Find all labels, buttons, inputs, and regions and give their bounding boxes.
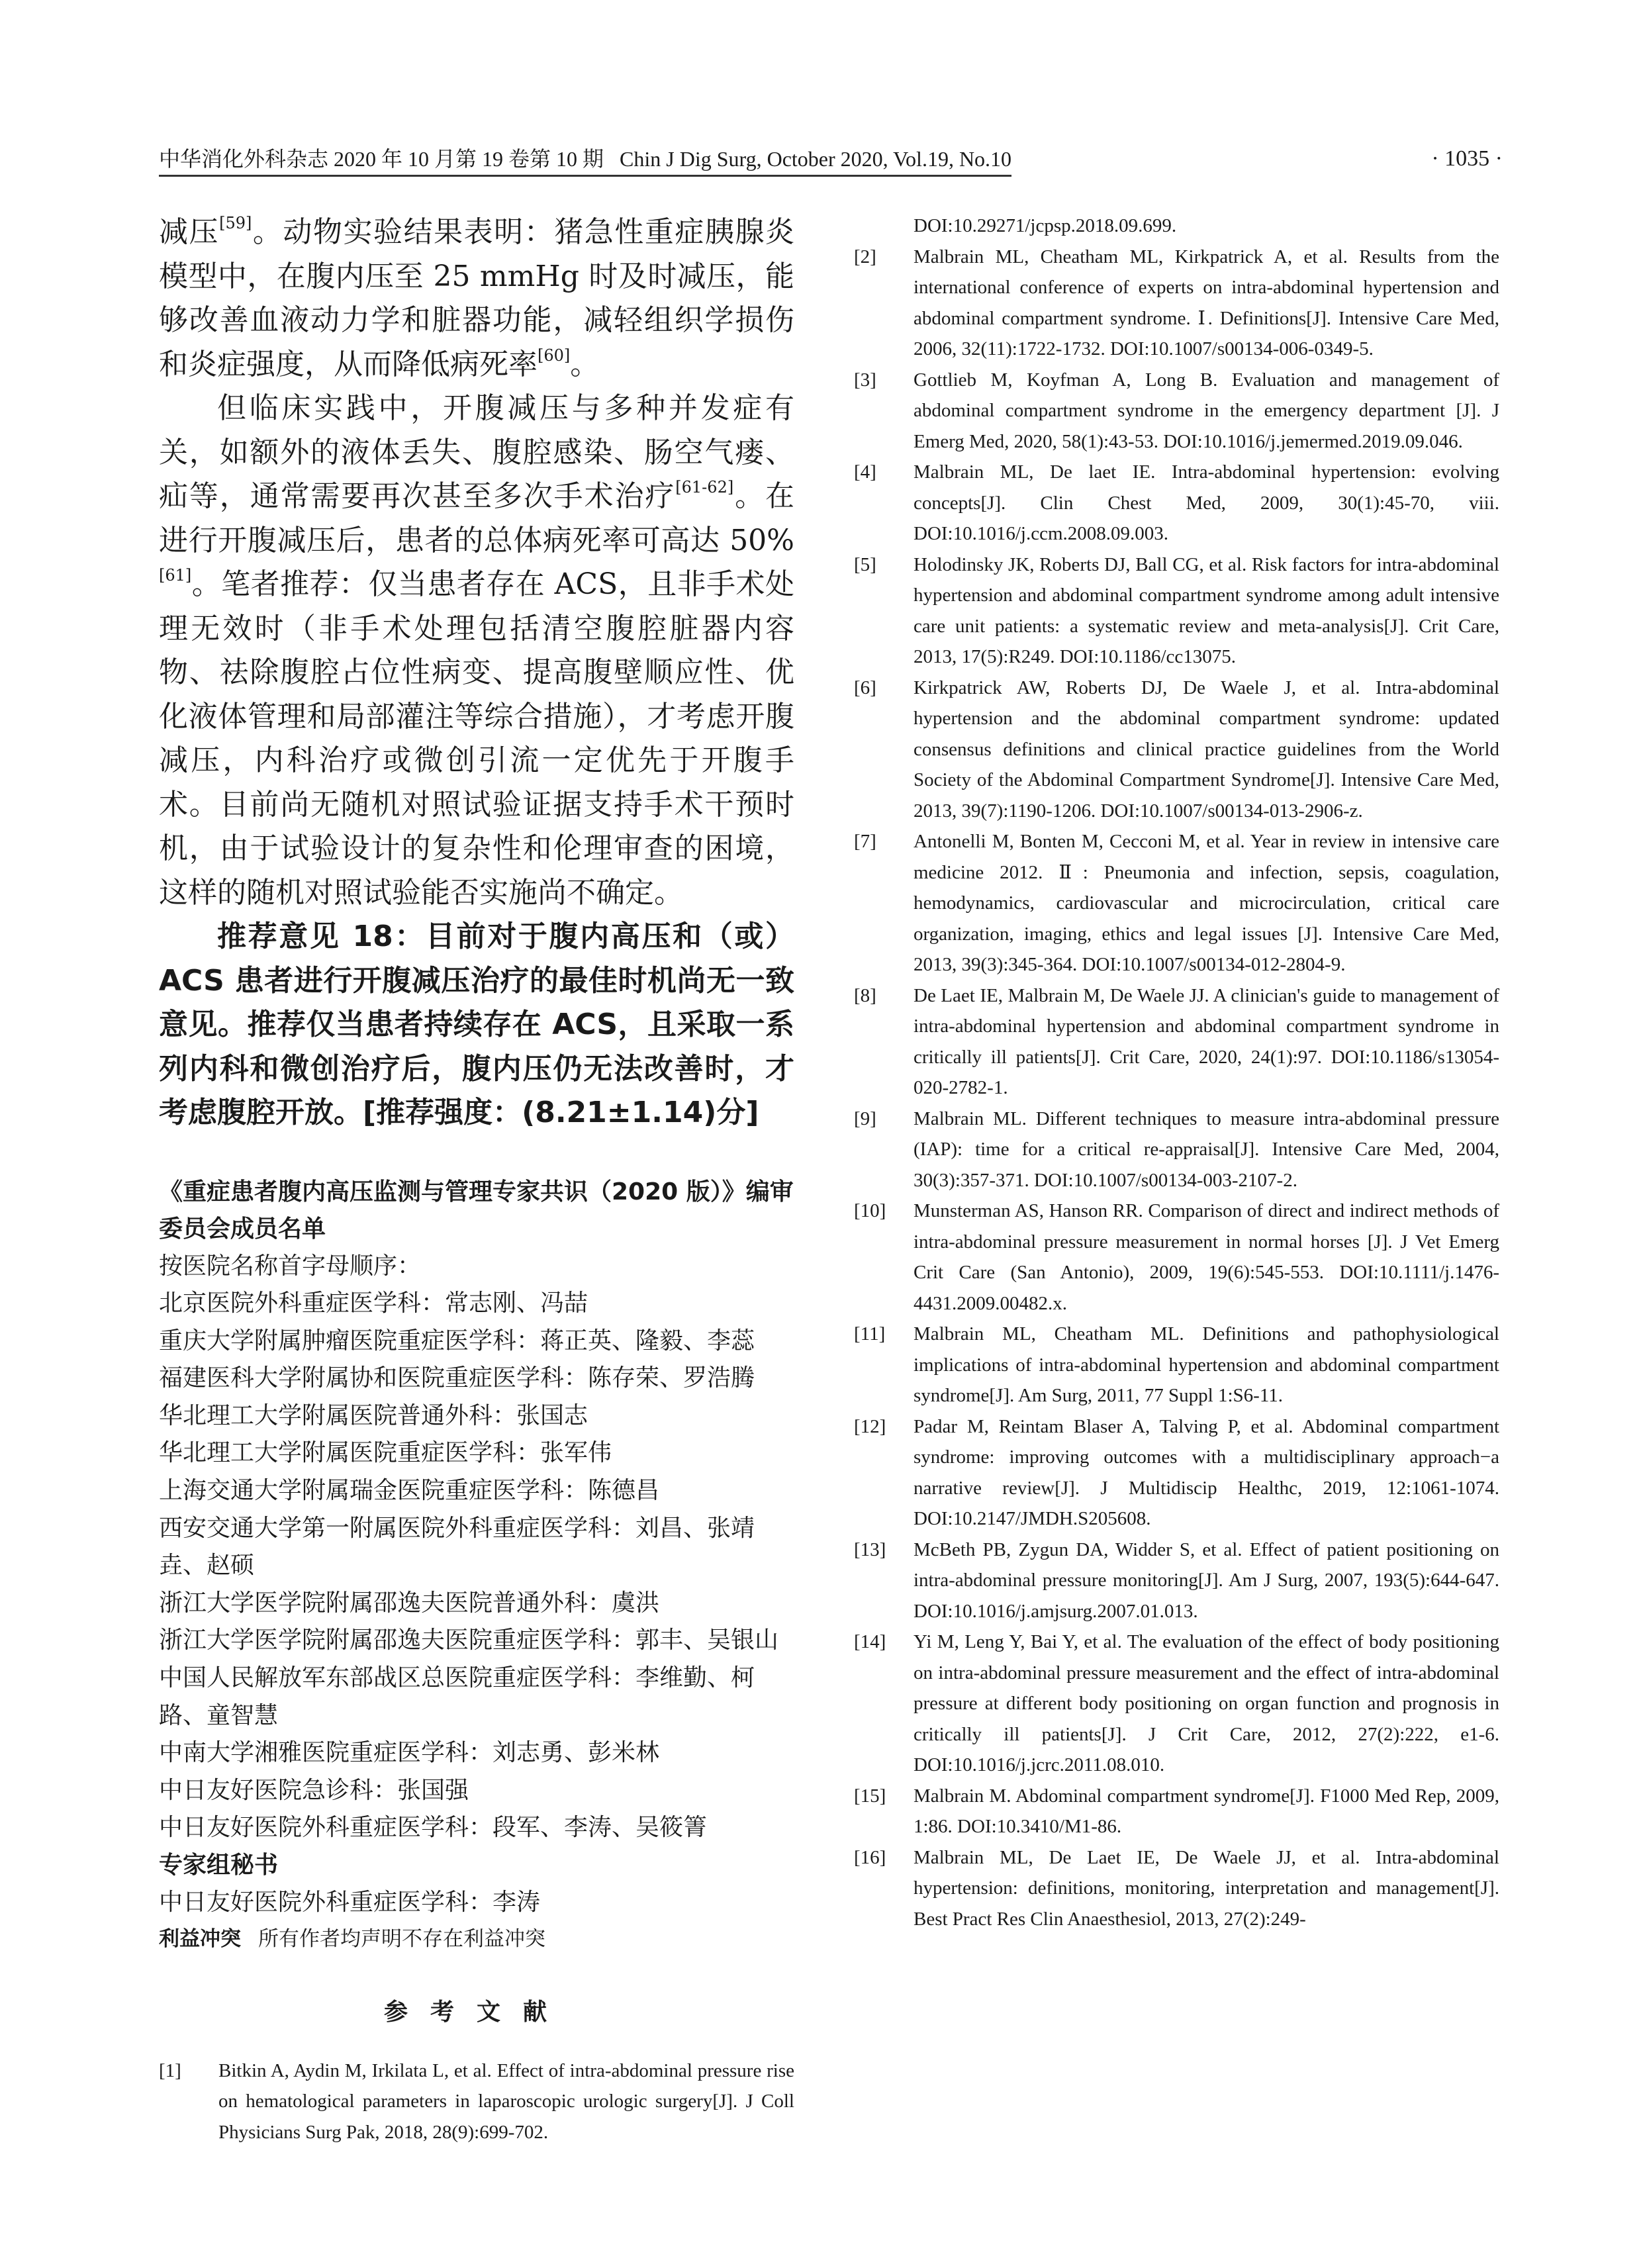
reference-list: [2]Malbrain ML, Cheatham ML, Kirkpatrick…	[854, 242, 1499, 1935]
text-run: 减压	[159, 215, 219, 249]
reference-text: Yi M, Leng Y, Bai Y, et al. The evaluati…	[914, 1631, 1499, 1775]
reference-number: [3]	[854, 365, 910, 396]
reference-text: Munsterman AS, Hanson RR. Comparison of …	[914, 1200, 1499, 1314]
reference-number: [13]	[854, 1535, 910, 1566]
reference-text: Malbrain ML. Different techniques to mea…	[914, 1108, 1499, 1191]
reference-item: [12]Padar M, Reintam Blaser A, Talving P…	[854, 1411, 1499, 1535]
committee-member: 重庆大学附属肿瘤医院重症医学科：蒋正英、隆毅、李蕊	[159, 1323, 794, 1360]
reference-item: [7]Antonelli M, Bonten M, Cecconi M, et …	[854, 826, 1499, 980]
committee-title: 《重症患者腹内高压监测与管理专家共识（2020 版）》编审委员会成员名单	[159, 1174, 794, 1248]
text-run: 。动物实验结果表明：猪急性重症胰腺炎模型中，在腹内压至 25 mmHg 时及时减…	[159, 215, 794, 381]
page-number: · 1035 ·	[1431, 144, 1503, 173]
reference-number: [12]	[854, 1411, 910, 1442]
citation-link[interactable]: [59]	[219, 214, 252, 232]
text-run: 。	[570, 348, 599, 381]
committee-order-note: 按医院名称首字母顺序：	[159, 1248, 794, 1286]
committee-member: 中南大学湘雅医院重症医学科：刘志勇、彭米林	[159, 1734, 794, 1772]
left-column: 减压[59]。动物实验结果表明：猪急性重症胰腺炎模型中，在腹内压至 25 mmH…	[159, 211, 794, 2148]
reference-item: [1]Bitkin A, Aydin M, Irkilata L, et al.…	[159, 2055, 794, 2148]
committee-member: 北京医院外科重症医学科：常志刚、冯喆	[159, 1285, 794, 1323]
reference-item: [11]Malbrain ML, Cheatham ML. Definition…	[854, 1319, 1499, 1411]
journal-name-cn: 中华消化外科杂志 2020 年 10 月第 19 卷第 10 期	[159, 147, 604, 171]
committee-member: 华北理工大学附属医院重症医学科：张军伟	[159, 1435, 794, 1472]
reference-item: [8]De Laet IE, Malbrain M, De Waele JJ. …	[854, 980, 1499, 1104]
reference-number: [14]	[854, 1627, 910, 1658]
reference-text: Malbrain ML, Cheatham ML. Definitions an…	[914, 1323, 1499, 1406]
body-paragraph-1: 减压[59]。动物实验结果表明：猪急性重症胰腺炎模型中，在腹内压至 25 mmH…	[159, 211, 794, 387]
reference-text: Gottlieb M, Koyfman A, Long B. Evaluatio…	[914, 369, 1499, 452]
reference-text: De Laet IE, Malbrain M, De Waele JJ. A c…	[914, 985, 1499, 1099]
reference-number: [4]	[854, 457, 910, 488]
reference-text: Malbrain ML, De Laet IE, De Waele JJ, et…	[914, 1847, 1499, 1930]
reference-item: [10]Munsterman AS, Hanson RR. Comparison…	[854, 1196, 1499, 1319]
reference-number: [15]	[854, 1781, 910, 1812]
reference-item: [2]Malbrain ML, Cheatham ML, Kirkpatrick…	[854, 242, 1499, 365]
reference-item: [15]Malbrain M. Abdominal compartment sy…	[854, 1781, 1499, 1842]
reference-number: [10]	[854, 1196, 910, 1227]
reference-item: [13]McBeth PB, Zygun DA, Widder S, et al…	[854, 1535, 1499, 1627]
reference-text: Kirkpatrick AW, Roberts DJ, De Waele J, …	[914, 677, 1499, 822]
journal-citation-line: 中华消化外科杂志 2020 年 10 月第 19 卷第 10 期 Chin J …	[159, 144, 1011, 177]
running-header: 中华消化外科杂志 2020 年 10 月第 19 卷第 10 期 Chin J …	[159, 144, 1503, 177]
reference-text: Malbrain M. Abdominal compartment syndro…	[914, 1785, 1499, 1838]
reference-continuation: DOI:10.29271/jcpsp.2018.09.699.	[854, 211, 1499, 242]
reference-number: [16]	[854, 1842, 910, 1873]
committee-member: 中日友好医院急诊科：张国强	[159, 1772, 794, 1810]
committee-member: 福建医科大学附属协和医院重症医学科：陈存荣、罗浩腾	[159, 1360, 794, 1397]
committee-member: 中国人民解放军东部战区总医院重症医学科：李维勤、柯路、童智慧	[159, 1660, 794, 1734]
reference-number: [7]	[854, 826, 910, 857]
reference-item: [6]Kirkpatrick AW, Roberts DJ, De Waele …	[854, 673, 1499, 827]
reference-number: [9]	[854, 1104, 910, 1135]
reference-number: [1]	[159, 2055, 214, 2087]
committee-member: 浙江大学医学院附属邵逸夫医院普通外科：虞洪	[159, 1585, 794, 1623]
reference-number: [8]	[854, 980, 910, 1012]
reference-item: [14]Yi M, Leng Y, Bai Y, et al. The eval…	[854, 1627, 1499, 1781]
citation-link[interactable]: [60]	[538, 346, 570, 365]
committee-member: 华北理工大学附属医院普通外科：张国志	[159, 1397, 794, 1435]
reference-number: [5]	[854, 549, 910, 581]
conflict-of-interest: 利益冲突所有作者均声明不存在利益冲突	[159, 1922, 794, 1956]
references-heading: 参考文献	[159, 1996, 794, 2029]
recommendation-18: 推荐意见 18：目前对于腹内高压和（或）ACS 患者进行开腹减压治疗的最佳时机尚…	[159, 915, 794, 1135]
reference-text: Malbrain ML, Cheatham ML, Kirkpatrick A,…	[914, 246, 1499, 360]
right-column: DOI:10.29271/jcpsp.2018.09.699. [2]Malbr…	[854, 211, 1499, 1934]
reference-number: [2]	[854, 242, 910, 273]
committee-member-list: 北京医院外科重症医学科：常志刚、冯喆 重庆大学附属肿瘤医院重症医学科：蒋正英、隆…	[159, 1285, 794, 1847]
reference-text: McBeth PB, Zygun DA, Widder S, et al. Ef…	[914, 1539, 1499, 1622]
committee-member: 浙江大学医学院附属邵逸夫医院重症医学科：郭丰、吴银山	[159, 1622, 794, 1660]
reference-text: Padar M, Reintam Blaser A, Talving P, et…	[914, 1416, 1499, 1530]
reference-text: Holodinsky JK, Roberts DJ, Ball CG, et a…	[914, 554, 1499, 668]
reference-item: [4]Malbrain ML, De laet IE. Intra-abdomi…	[854, 457, 1499, 549]
coi-text: 所有作者均声明不存在利益冲突	[258, 1927, 545, 1951]
committee-member: 上海交通大学附属瑞金医院重症医学科：陈德昌	[159, 1472, 794, 1510]
reference-item: [9]Malbrain ML. Different techniques to …	[854, 1104, 1499, 1196]
reference-item: [5]Holodinsky JK, Roberts DJ, Ball CG, e…	[854, 549, 1499, 673]
reference-text: Antonelli M, Bonten M, Cecconi M, et al.…	[914, 831, 1499, 975]
citation-link[interactable]: [61]	[159, 566, 191, 585]
reference-item: [16]Malbrain ML, De Laet IE, De Waele JJ…	[854, 1842, 1499, 1935]
journal-name-en: Chin J Dig Surg, October 2020, Vol.19, N…	[620, 147, 1011, 171]
reference-item: [3]Gottlieb M, Koyfman A, Long B. Evalua…	[854, 365, 1499, 457]
secretary-title: 专家组秘书	[159, 1847, 794, 1884]
coi-label: 利益冲突	[159, 1927, 241, 1951]
reference-number: [11]	[854, 1319, 910, 1350]
text-run: 。笔者推荐：仅当患者存在 ACS，且非手术处理无效时（非手术处理包括清空腹腔脏器…	[159, 567, 794, 910]
citation-link[interactable]: [61-62]	[675, 478, 733, 496]
body-paragraph-2: 但临床实践中，开腹减压与多种并发症有关，如额外的液体丢失、腹腔感染、肠空气瘘、疝…	[159, 387, 794, 915]
committee-member: 中日友好医院外科重症医学科：段军、李涛、吴筱箐	[159, 1809, 794, 1847]
reference-number: [6]	[854, 673, 910, 704]
reference-text: Bitkin A, Aydin M, Irkilata L, et al. Ef…	[218, 2060, 794, 2143]
secretary-member: 中日友好医院外科重症医学科：李涛	[159, 1884, 794, 1922]
reference-text: Malbrain ML, De laet IE. Intra-abdominal…	[914, 461, 1499, 544]
committee-member: 西安交通大学第一附属医院外科重症医学科：刘昌、张靖垚、赵硕	[159, 1510, 794, 1585]
